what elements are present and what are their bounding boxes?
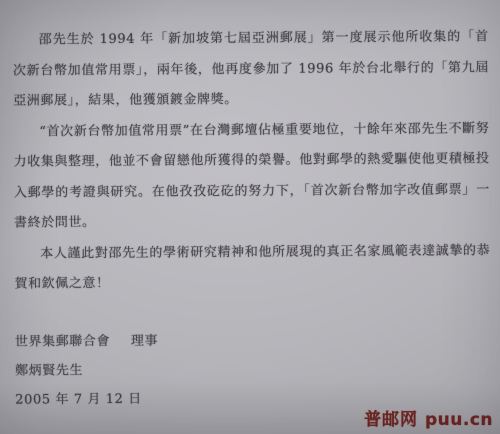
- paragraph-1: 邵先生於 1994 年「新加坡第七屆亞洲郵展」第一度展示他所收集的「首次新台幣加…: [13, 22, 490, 117]
- document-photo: 邵先生於 1994 年「新加坡第七屆亞洲郵展」第一度展示他所收集的「首次新台幣加…: [0, 0, 500, 434]
- signature-block: 世界集郵聯合會理事 鄭炳賢先生 2005 年 7 月 12 日: [15, 324, 492, 414]
- signature-title: 理事: [110, 333, 158, 348]
- paragraph-2: “首次新台幣加值常用票”在台灣郵壇佔極重要地位，十餘年來邵先生不斷努力收集與整理…: [13, 114, 490, 239]
- signature-name: 鄭炳賢先生: [15, 353, 491, 385]
- signature-organization-line: 世界集郵聯合會理事: [15, 324, 491, 356]
- paragraph-3: 本人謹此對邵先生的學術研究精神和他所展現的真正名家風範表達誠摯的恭賀和欽佩之意！: [14, 236, 490, 300]
- watermark: 普邮网 puu.cn: [364, 405, 493, 430]
- letter-body: 邵先生於 1994 年「新加坡第七屆亞洲郵展」第一度展示他所收集的「首次新台幣加…: [13, 22, 492, 414]
- watermark-site-url: puu.cn: [425, 410, 493, 430]
- watermark-site-name: 普邮网: [364, 410, 418, 430]
- signature-organization: 世界集郵聯合會: [15, 333, 110, 349]
